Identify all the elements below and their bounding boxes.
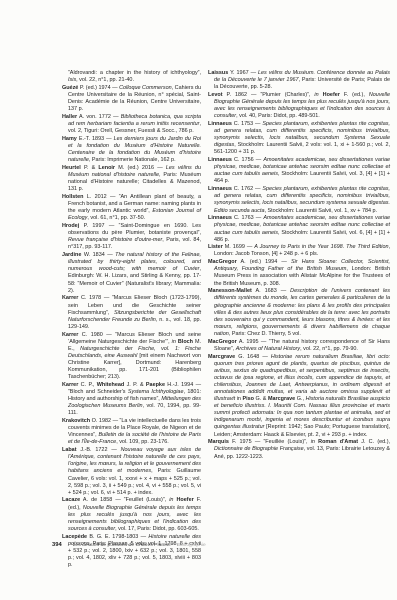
footer-separator: - bbox=[173, 543, 175, 548]
bibliography-entry: Linnaeus C. 1753 — Species plantarum, ex… bbox=[208, 121, 390, 156]
bibliography-entry: Jardine W. 1834 — The natural history of… bbox=[62, 252, 201, 295]
bibliography-entry: Marcgrave G. 1648 — Historiae rerum natu… bbox=[208, 354, 390, 439]
bibliography-entry: Hamy E.-T. 1893 — Les derniers jours du … bbox=[62, 136, 201, 164]
footer-title: Les dessins de poissons de Charles Plumi… bbox=[73, 543, 171, 548]
bibliography-entry: Haller A. von. 1772 — Bibliotheca botani… bbox=[62, 114, 201, 135]
bibliography-entry: Levot P. 1862 — “Plumier (Charles)”, in … bbox=[208, 92, 390, 120]
left-column: “Aldrovandi: a chapter in the history of… bbox=[62, 70, 201, 570]
bibliography-entry: Lacaze A. de 1858 — “Feuillet (Louis)”, … bbox=[62, 497, 201, 532]
bibliography-entry: Karrer C. 1980 — “Marcus Elieser Bloch u… bbox=[62, 332, 201, 382]
bibliography-entry: Manesson-Mallet A. 1683 — Description de… bbox=[208, 288, 390, 338]
footer-section: Bibliographie bbox=[177, 543, 206, 548]
bibliography-entry: MacGregor A. 1995 — “The natural history… bbox=[208, 339, 390, 353]
bibliography-entry: Lister M. 1699 — A Journey to Paris in t… bbox=[208, 244, 390, 258]
bibliography-entry: Lacepède B. G. E. 1798-1803 — Histoire n… bbox=[62, 534, 201, 569]
bibliography-entry: Heurtel P. & Lenoir M. (ed.) 2016 — Les … bbox=[62, 165, 201, 193]
bibliography-entry: Labat J.-B. 1722 — Nouveau voyage aux is… bbox=[62, 447, 201, 497]
bibliography-entry: Linnaeus C. 1756 — Amoenitates academica… bbox=[208, 157, 390, 185]
bibliography-entry: Hrodej P. 1997 — “Saint-Domingue en 1690… bbox=[62, 223, 201, 251]
page-footer: 394 Les dessins de poissons de Charles P… bbox=[52, 542, 390, 548]
bibliography-entry: Linnaeus C. 1762 — Species plantarum, ex… bbox=[208, 186, 390, 214]
page-number: 394 bbox=[52, 542, 62, 548]
bibliography-entry: Linnaeus C. 1763 — Amoenitates academica… bbox=[208, 215, 390, 243]
bibliography-entry: Hollsten L. 2012 — “An Antillean plant o… bbox=[62, 194, 201, 222]
bibliography-entry: Laissus Y. 1967 — Les vélins du Muséum. … bbox=[208, 70, 390, 91]
bibliography-entry: Karrer C. P., Whitehead J. P. & Paepke H… bbox=[62, 382, 201, 417]
book-page: “Aldrovandi: a chapter in the history of… bbox=[0, 0, 397, 600]
bibliography-entry: Karrer C. 1978 — “Marcus Elieser Bloch (… bbox=[62, 295, 201, 330]
bibliography-entry: MacGregor A. (ed.) 1994 — Sir Hans Sloan… bbox=[208, 259, 390, 287]
bibliography-entry: Guézé P. (ed.) 1974 — Colloque Commerson… bbox=[62, 85, 201, 113]
bibliography-entry: Marquis F. 1975 — “Feuillée (Louis)”, in… bbox=[208, 439, 390, 460]
bibliography-entry: Krakovitch O. 1982 — “La vie intellectue… bbox=[62, 418, 201, 446]
bibliography: “Aldrovandi: a chapter in the history of… bbox=[62, 70, 390, 570]
bibliography-entry: “Aldrovandi: a chapter in the history of… bbox=[62, 70, 201, 84]
right-column: Laissus Y. 1967 — Les vélins du Muséum. … bbox=[208, 70, 390, 461]
